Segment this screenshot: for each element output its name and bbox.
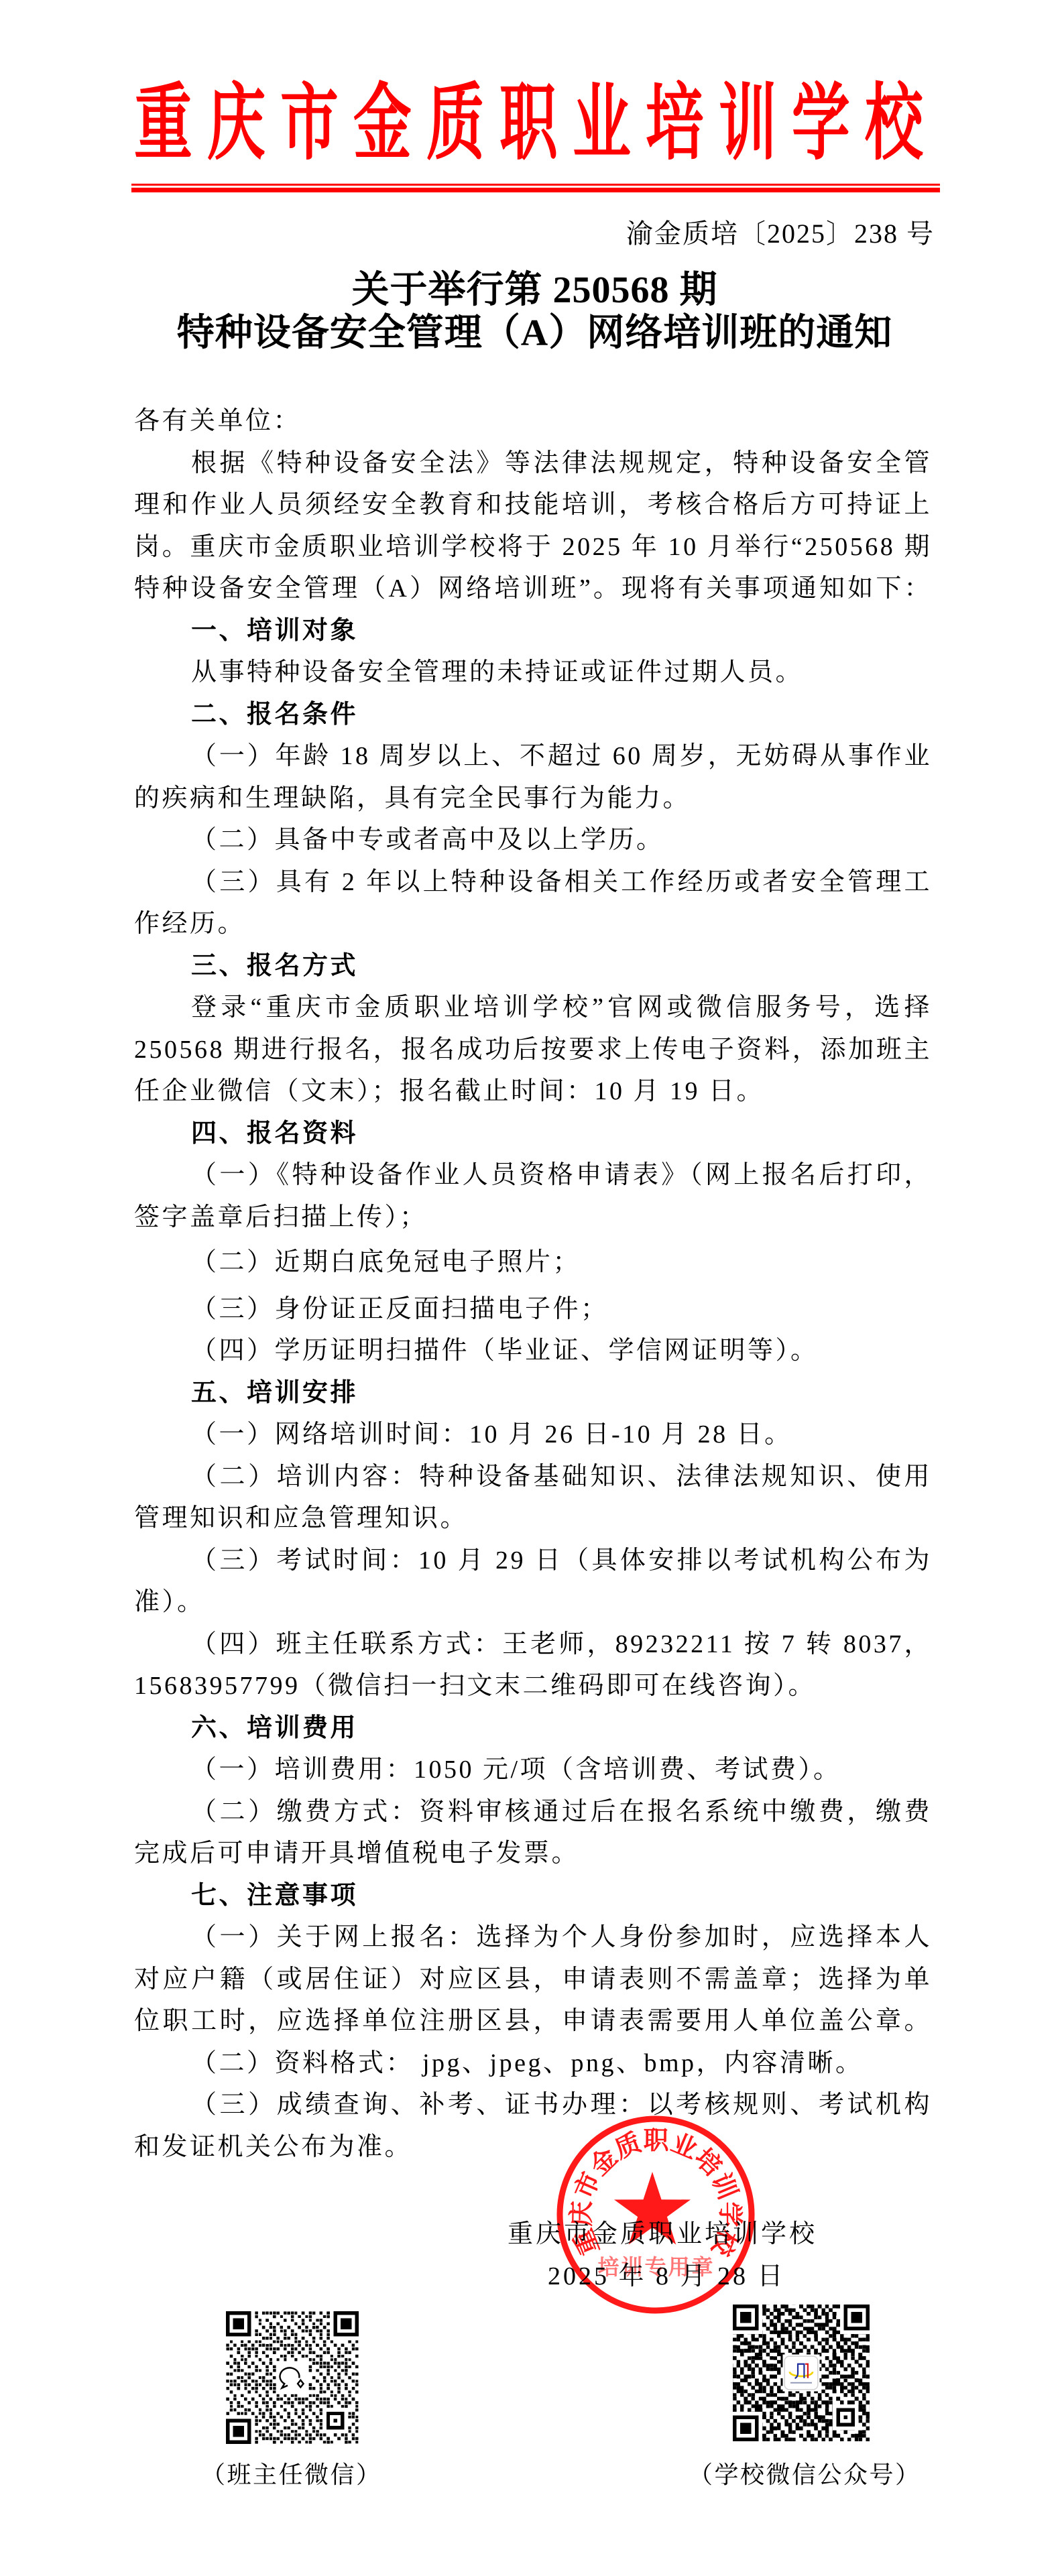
section-eligibility: 二、报名条件 （一）年龄 18 周岁以上、不超过 60 周岁，无妨碍从事作业 的… <box>134 694 932 945</box>
letterhead-thin-rule <box>131 184 940 186</box>
list-item: （三）身份证正反面扫描电子件； <box>134 1288 932 1331</box>
paragraph-line: 岗。重庆市金质职业培训学校将于 2025 年 10 月举行“250568 期 <box>134 526 932 568</box>
qr-caption-school-official-account: （学校微信公众号） <box>689 2454 921 2496</box>
list-item: （四）学历证明扫描件（毕业证、学信网证明等）。 <box>134 1330 932 1372</box>
qr-caption-head-teacher-wechat: （班主任微信） <box>201 2454 382 2496</box>
paragraph-line: （二）具备中专或者高中及以上学历。 <box>134 819 932 861</box>
paragraph-line: （二）培训内容：特种设备基础知识、法律法规知识、使用 <box>134 1456 932 1498</box>
notice-body: 各有关单位： 根据《特种设备安全法》等法律法规规定，特种设备安全管 理和作业人员… <box>134 400 932 2168</box>
list-item: （一）关于网上报名：选择为个人身份参加时，应选择本人 对应户籍（或居住证）对应区… <box>134 1916 932 2042</box>
seal-bottom-text: 培训专用章 <box>597 2255 715 2279</box>
paragraph-line: （一）关于网上报名：选择为个人身份参加时，应选择本人 <box>134 1916 932 1959</box>
list-item: （一）网络培训时间：10 月 26 日-10 月 28 日。 <box>134 1414 932 1456</box>
list-item: （二）资料格式： jpg、jpeg、png、bmp，内容清晰。 <box>134 2042 932 2085</box>
list-item: （三）具有 2 年以上特种设备相关工作经历或者安全管理工 作经历。 <box>134 861 932 945</box>
paragraph-line: 准）。 <box>134 1581 932 1623</box>
section-heading: 二、报名条件 <box>134 694 932 736</box>
list-item: （三）成绩查询、补考、证书办理：以考核规则、考试机构 和发证机关公布为准。 <box>134 2084 932 2168</box>
paragraph-line: 任企业微信（文末）；报名截止时间：10 月 19 日。 <box>134 1070 932 1113</box>
letterhead-thick-rule <box>131 188 940 192</box>
list-item: 从事特种设备安全管理的未持证或证件过期人员。 <box>134 652 932 694</box>
list-item: （一）《特种设备作业人员资格申请表》（网上报名后打印， 签字盖章后扫描上传）； <box>134 1154 932 1238</box>
list-item: （二）培训内容：特种设备基础知识、法律法规知识、使用 管理知识和应急管理知识。 <box>134 1456 932 1540</box>
paragraph-line: 的疾病和生理缺陷，具有完全民事行为能力。 <box>134 778 932 820</box>
paragraph-line: 从事特种设备安全管理的未持证或证件过期人员。 <box>134 652 932 694</box>
paragraph-line: 签字盖章后扫描上传）； <box>134 1197 932 1239</box>
school-logo-icon <box>784 2356 818 2390</box>
salutation: 各有关单位： <box>134 400 932 442</box>
paragraph-line: 特种设备安全管理（A）网络培训班”。现将有关事项通知如下： <box>134 568 932 610</box>
section-heading: 一、培训对象 <box>134 610 932 652</box>
paragraph-line: 位职工时，应选择单位注册区县，申请表需要用人单位盖公章。 <box>134 2000 932 2042</box>
list-item: （二）近期白底免冠电子照片； <box>134 1241 932 1284</box>
paragraph-line: （一）培训费用：1050 元/项（含培训费、考试费）。 <box>134 1749 932 1791</box>
document-number: 渝金质培〔2025〕238 号 <box>626 219 935 249</box>
qr-code-school-official-account <box>733 2305 870 2441</box>
section-training-schedule: 五、培训安排 （一）网络培训时间：10 月 26 日-10 月 28 日。 （二… <box>134 1372 932 1707</box>
section-heading: 三、报名方式 <box>134 945 932 987</box>
section-heading: 七、注意事项 <box>134 1875 932 1917</box>
paragraph-line: （四）班主任联系方式：王老师，89232211 按 7 转 8037， <box>134 1623 932 1666</box>
paragraph-line: （二）资料格式： jpg、jpeg、png、bmp，内容清晰。 <box>134 2042 932 2085</box>
list-item: （四）班主任联系方式：王老师，89232211 按 7 转 8037， 1568… <box>134 1623 932 1707</box>
paragraph-line: 和发证机关公布为准。 <box>134 2126 932 2168</box>
qr-code-head-teacher-wechat <box>226 2311 359 2444</box>
paragraph-line: 250568 期进行报名，报名成功后按要求上传电子资料，添加班主 <box>134 1029 932 1071</box>
section-registration-method: 三、报名方式 登录“重庆市金质职业培训学校”官网或微信服务号，选择 250568… <box>134 945 932 1113</box>
notice-title: 关于举行第 250568 期 特种设备安全管理（A）网络培训班的通知 <box>3 269 1064 355</box>
star-icon <box>614 2172 691 2245</box>
list-item: （二）缴费方式：资料审核通过后在报名系统中缴费，缴费 完成后可申请开具增值税电子… <box>134 1791 932 1875</box>
paragraph-line: （四）学历证明扫描件（毕业证、学信网证明等）。 <box>134 1330 932 1372</box>
section-notes: 七、注意事项 （一）关于网上报名：选择为个人身份参加时，应选择本人 对应户籍（或… <box>134 1875 932 2168</box>
list-item: 登录“重庆市金质职业培训学校”官网或微信服务号，选择 250568 期进行报名，… <box>134 987 932 1113</box>
paragraph-line: 完成后可申请开具增值税电子发票。 <box>134 1833 932 1875</box>
official-seal: 重庆市金质职业培训学校 培训专用章 <box>548 2107 763 2322</box>
list-item: （一）年龄 18 周岁以上、不超过 60 周岁，无妨碍从事作业 的疾病和生理缺陷… <box>134 735 932 819</box>
paragraph-line: 对应户籍（或居住证）对应区县，申请表则不需盖章；选择为单 <box>134 1959 932 2001</box>
paragraph-line: （三）成绩查询、补考、证书办理：以考核规则、考试机构 <box>134 2084 932 2126</box>
list-item: （一）培训费用：1050 元/项（含培训费、考试费）。 <box>134 1749 932 1791</box>
paragraph-line: 作经历。 <box>134 903 932 945</box>
paragraph-line: 管理知识和应急管理知识。 <box>134 1497 932 1540</box>
paragraph-line: 根据《特种设备安全法》等法律法规规定，特种设备安全管 <box>134 442 932 485</box>
paragraph-line: （三）身份证正反面扫描电子件； <box>134 1288 932 1331</box>
list-item: （二）具备中专或者高中及以上学历。 <box>134 819 932 861</box>
paragraph-line: （三）具有 2 年以上特种设备相关工作经历或者安全管理工 <box>134 861 932 904</box>
section-heading: 四、报名资料 <box>134 1113 932 1155</box>
paragraph-line: （二）缴费方式：资料审核通过后在报名系统中缴费，缴费 <box>134 1791 932 1833</box>
paragraph-line: 15683957799（微信扫一扫文末二维码即可在线咨询）。 <box>134 1665 932 1707</box>
section-heading: 五、培训安排 <box>134 1372 932 1414</box>
section-registration-materials: 四、报名资料 （一）《特种设备作业人员资格申请表》（网上报名后打印， 签字盖章后… <box>134 1113 932 1372</box>
letterhead-org-name: 重庆市金质职业培训学校 <box>134 82 938 166</box>
section-training-fees: 六、培训费用 （一）培训费用：1050 元/项（含培训费、考试费）。 （二）缴费… <box>134 1707 932 1875</box>
list-item: （三）考试时间：10 月 29 日（具体安排以考试机构公布为 准）。 <box>134 1540 932 1623</box>
paragraph-line: （三）考试时间：10 月 29 日（具体安排以考试机构公布为 <box>134 1540 932 1582</box>
paragraph-line: （一）网络培训时间：10 月 26 日-10 月 28 日。 <box>134 1414 932 1456</box>
intro-paragraph: 根据《特种设备安全法》等法律法规规定，特种设备安全管 理和作业人员须经安全教育和… <box>134 442 932 610</box>
paragraph-line: 登录“重庆市金质职业培训学校”官网或微信服务号，选择 <box>134 987 932 1029</box>
notice-title-line-2: 特种设备安全管理（A）网络培训班的通知 <box>3 312 1064 355</box>
section-training-target: 一、培训对象 从事特种设备安全管理的未持证或证件过期人员。 <box>134 610 932 694</box>
paragraph-line: （一）《特种设备作业人员资格申请表》（网上报名后打印， <box>134 1154 932 1197</box>
paragraph-line: （二）近期白底免冠电子照片； <box>134 1241 932 1284</box>
paragraph-line: 理和作业人员须经安全教育和技能培训，考核合格后方可持证上 <box>134 484 932 526</box>
paragraph-line: （一）年龄 18 周岁以上、不超过 60 周岁，无妨碍从事作业 <box>134 735 932 778</box>
notice-title-line-1: 关于举行第 250568 期 <box>3 269 1064 312</box>
section-heading: 六、培训费用 <box>134 1707 932 1750</box>
